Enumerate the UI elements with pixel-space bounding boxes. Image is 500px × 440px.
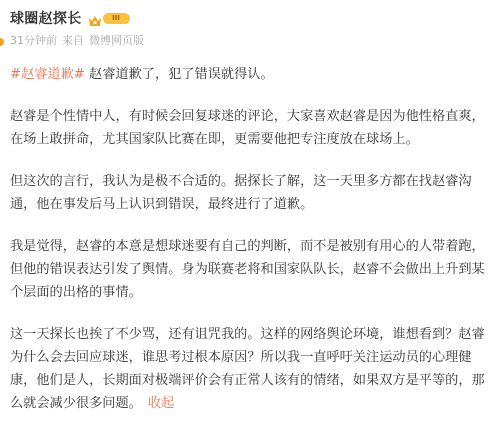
post-meta: 31分钟前 来自 微博网页版 xyxy=(10,32,144,48)
paragraph-3: 我是觉得，赵睿的本意是想球迷要有自己的判断，而不是被别有用心的人带着跑，但他的错… xyxy=(10,235,492,304)
post-body: #赵睿道歉# 赵睿道歉了，犯了错误就得认。 赵睿是个性情中人，有时候会回复球迷的… xyxy=(10,63,492,415)
lead-text: 赵睿道歉了，犯了错误就得认。 xyxy=(85,67,274,82)
paragraph-4-text: 这一天探长也挨了不少骂，还有诅咒我的。这样的网络舆论环境，谁想看到？赵睿为什么会… xyxy=(10,327,485,411)
topic-link[interactable]: #赵睿道歉# xyxy=(10,67,85,82)
post-time[interactable]: 31分钟前 xyxy=(10,32,57,48)
author-row: 球圈赵探长 III xyxy=(10,7,144,29)
post-header: 球圈赵探长 III 31分钟前 来自 微博网页版 xyxy=(10,7,144,48)
crown-icon[interactable] xyxy=(88,12,102,24)
avatar-verified-badge xyxy=(0,38,4,46)
paragraph-2: 但这次的言行，我认为是极不合适的。据探长了解，这一天里多方都在找赵睿沟通，他在事… xyxy=(10,170,492,216)
post-source[interactable]: 微博网页版 xyxy=(89,32,144,48)
collapse-link[interactable]: 收起 xyxy=(148,396,174,411)
level-badge[interactable]: III xyxy=(103,13,130,24)
paragraph-1: 赵睿是个性情中人，有时候会回复球迷的评论，大家喜欢赵睿是因为他性格直爽，在场上敢… xyxy=(10,105,492,151)
source-prefix: 来自 xyxy=(62,32,84,48)
author-name[interactable]: 球圈赵探长 xyxy=(10,8,82,28)
post-lead: #赵睿道歉# 赵睿道歉了，犯了错误就得认。 xyxy=(10,63,492,86)
paragraph-4: 这一天探长也挨了不少骂，还有诅咒我的。这样的网络舆论环境，谁想看到？赵睿为什么会… xyxy=(10,323,492,415)
